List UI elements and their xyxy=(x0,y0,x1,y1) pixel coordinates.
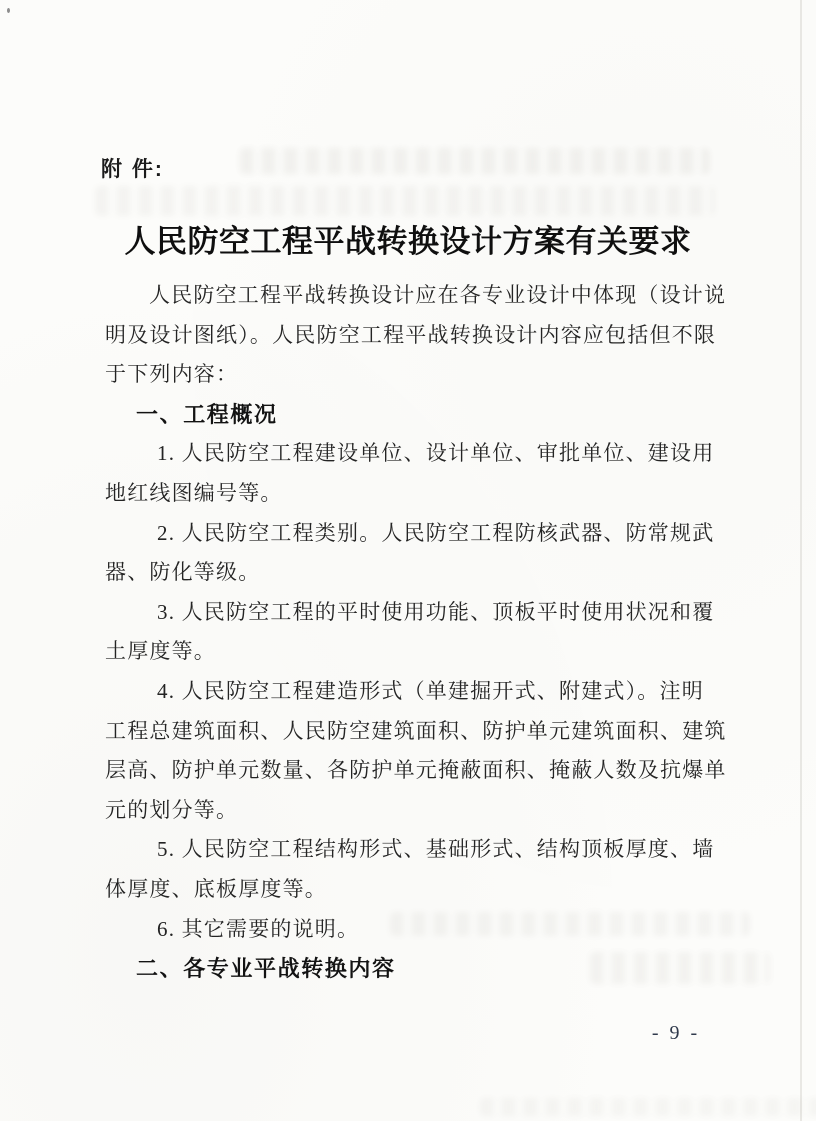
list-item-line: 地红线图编号等。 xyxy=(105,474,730,514)
attachment-label: 附 件: xyxy=(101,153,164,183)
list-item-line: 1. 人民防空工程建设单位、设计单位、审批单位、建设用 xyxy=(105,434,730,474)
paragraph-line: 人民防空工程平战转换设计应在各专业设计中体现（设计说 xyxy=(105,276,730,316)
list-item-line: 工程总建筑面积、人民防空建筑面积、防护单元建筑面积、建筑 xyxy=(105,712,730,752)
list-item-line: 层高、防护单元数量、各防护单元掩蔽面积、掩蔽人数及抗爆单 xyxy=(105,751,730,791)
paragraph-line: 于下列内容： xyxy=(105,355,730,395)
list-item-line: 3. 人民防空工程的平时使用功能、顶板平时使用状况和覆 xyxy=(105,593,730,633)
list-item-line: 土厚度等。 xyxy=(105,632,730,672)
document-title: 人民防空工程平战转换设计方案有关要求 xyxy=(0,216,816,261)
scanned-document-page: 附 件: 人民防空工程平战转换设计方案有关要求 人民防空工程平战转换设计应在各专… xyxy=(0,0,816,1121)
list-item-line: 元的划分等。 xyxy=(105,791,730,831)
document-body: 人民防空工程平战转换设计应在各专业设计中体现（设计说 明及设计图纸）。人民防空工… xyxy=(105,276,730,989)
list-item-line: 5. 人民防空工程结构形式、基础形式、结构顶板厚度、墙 xyxy=(105,830,730,870)
scan-edge-line xyxy=(800,0,802,1121)
list-item-line: 体厚度、底板厚度等。 xyxy=(105,870,730,910)
bleed-through-artifact xyxy=(95,186,715,216)
list-item-line: 4. 人民防空工程建造形式（单建掘开式、附建式）。注明 xyxy=(105,672,730,712)
list-item-line: 器、防化等级。 xyxy=(105,553,730,593)
section-heading: 二、各专业平战转换内容 xyxy=(105,949,730,989)
bleed-through-artifact xyxy=(480,1098,816,1116)
paragraph-line: 明及设计图纸）。人民防空工程平战转换设计内容应包括但不限 xyxy=(105,316,730,356)
page-number: - 9 - xyxy=(601,1022,751,1045)
bleed-through-artifact xyxy=(240,148,710,174)
list-item-line: 2. 人民防空工程类别。人民防空工程防核武器、防常规武 xyxy=(105,514,730,554)
scan-speck xyxy=(7,8,10,13)
list-item-line: 6. 其它需要的说明。 xyxy=(105,910,730,950)
section-heading: 一、工程概况 xyxy=(105,395,730,435)
